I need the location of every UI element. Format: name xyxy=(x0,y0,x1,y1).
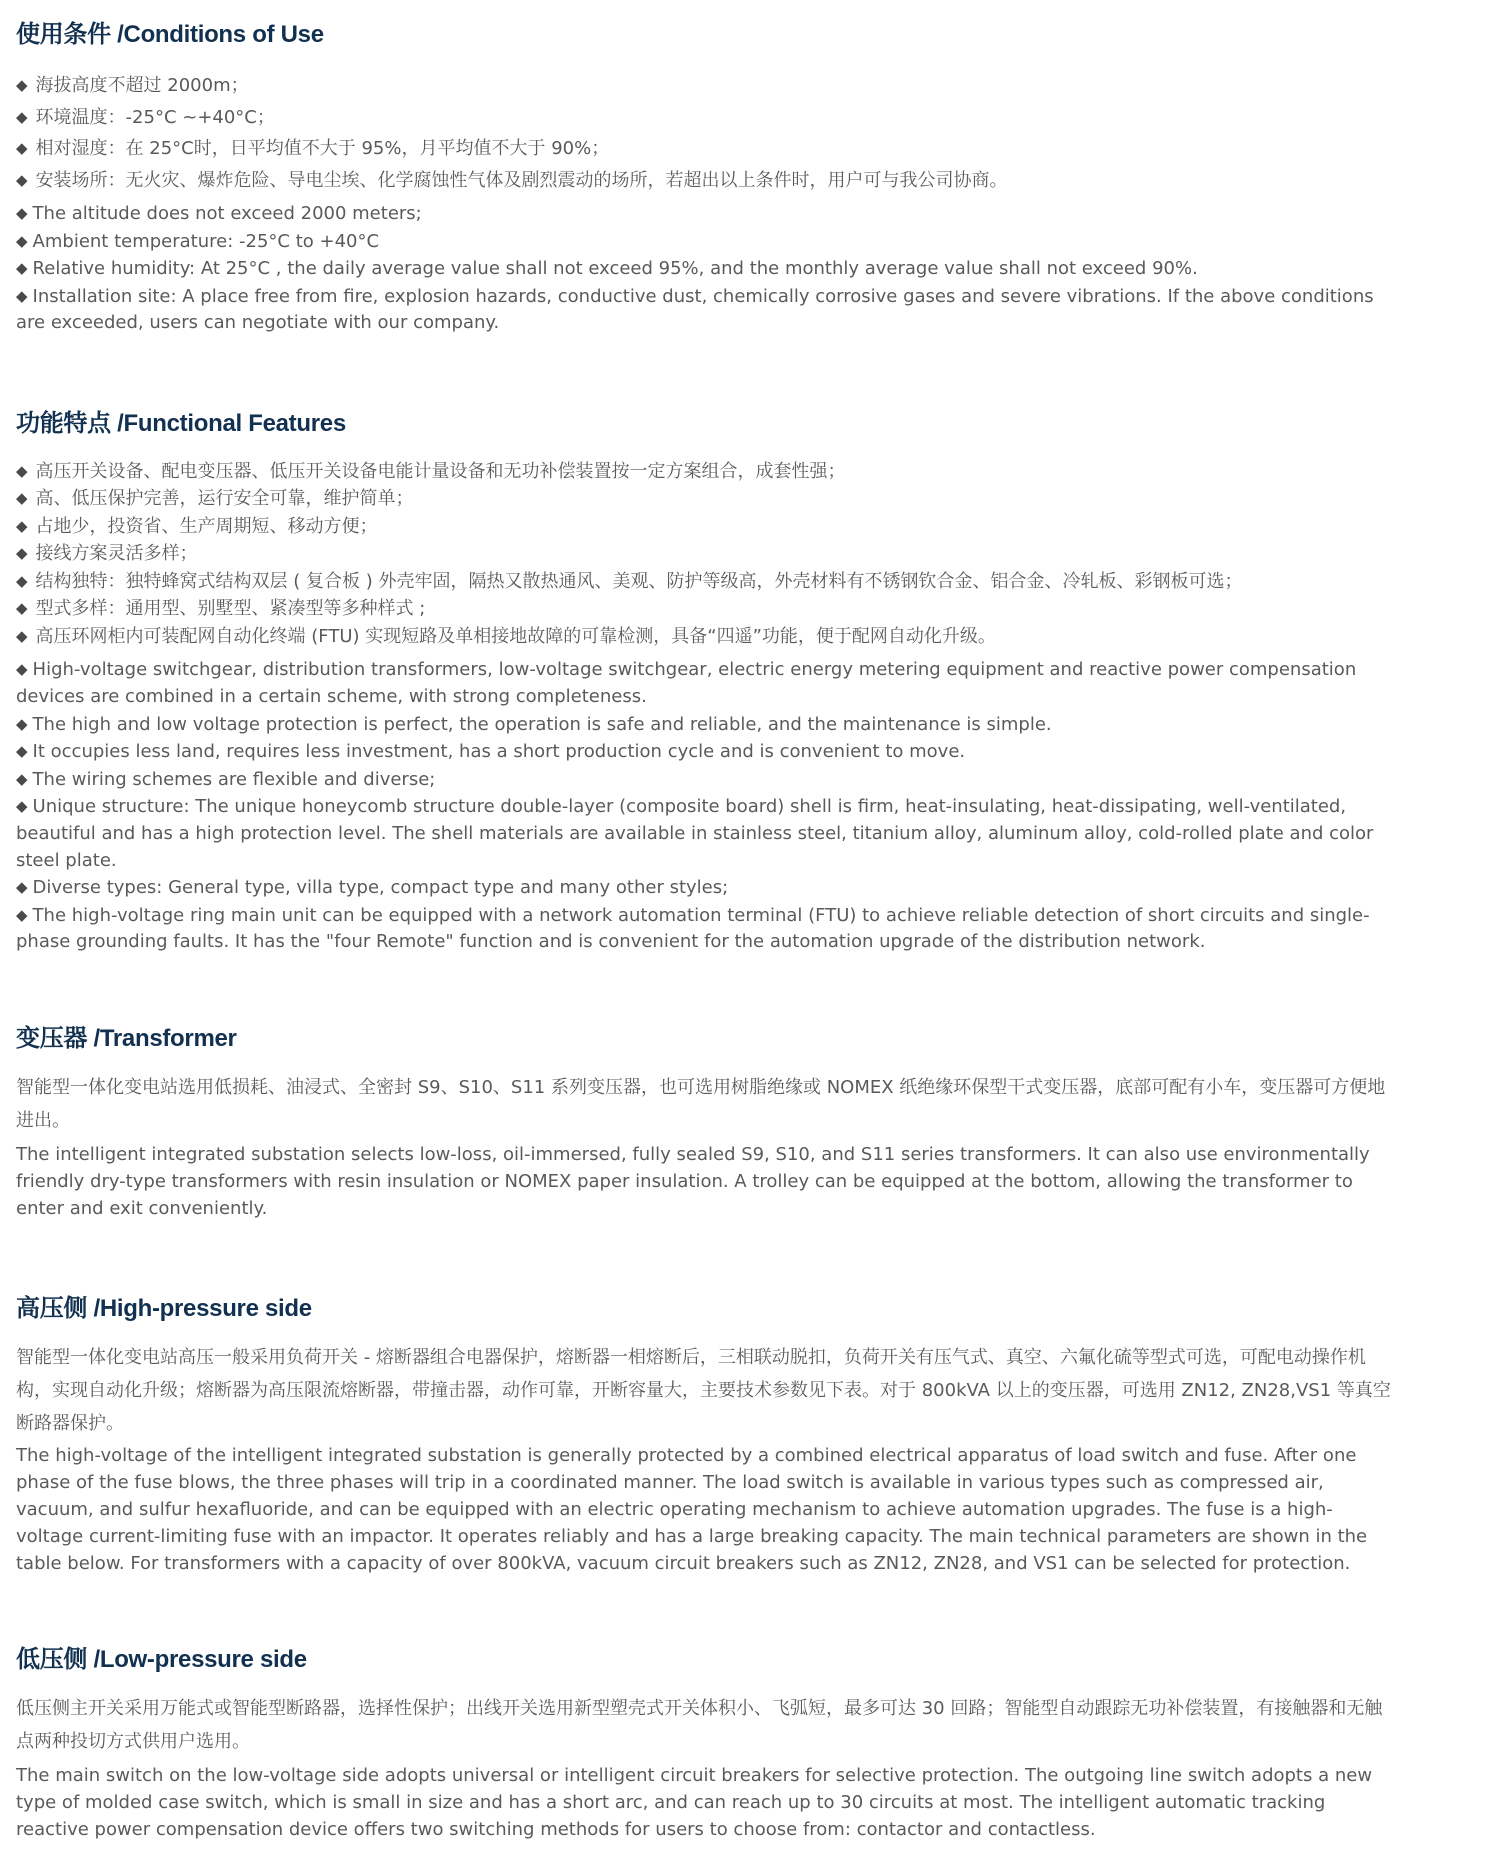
diamond-bullet-icon: ◆ xyxy=(16,133,28,165)
list-item: ◆High-voltage switchgear, distribution t… xyxy=(16,656,1396,710)
diamond-bullet-icon: ◆ xyxy=(16,458,28,485)
section-title: 变压器 /Transformer xyxy=(16,1018,1484,1053)
list-item: ◆海拔高度不超过 2000m； xyxy=(16,70,1396,102)
list-item: ◆Unique structure: The unique honeycomb … xyxy=(16,793,1396,874)
diamond-bullet-icon: ◆ xyxy=(16,595,28,622)
list-item: ◆It occupies less land, requires less in… xyxy=(16,738,1396,766)
high-side-en-text: The high-voltage of the intelligent inte… xyxy=(16,1442,1396,1577)
section-conditions-of-use: 使用条件 /Conditions of Use ◆海拔高度不超过 2000m； … xyxy=(16,0,1484,337)
section-high-pressure-side: 高压侧 /High-pressure side 智能型一体化变电站高压一般采用负… xyxy=(16,1222,1484,1577)
diamond-bullet-icon: ◆ xyxy=(16,283,28,310)
section-functional-features: 功能特点 /Functional Features ◆高压开关设备、配电变压器、… xyxy=(16,337,1484,956)
list-item: ◆结构独特：独特蜂窝式结构双层 ( 复合板 ) 外壳牢固，隔热又散热通风、美观、… xyxy=(16,568,1396,596)
diamond-bullet-icon: ◆ xyxy=(16,70,28,102)
diamond-bullet-icon: ◆ xyxy=(16,902,28,929)
list-item: ◆The high-voltage ring main unit can be … xyxy=(16,902,1396,956)
conditions-cn-list: ◆海拔高度不超过 2000m； ◆环境温度：-25°C ~+40°C； ◆相对湿… xyxy=(16,70,1484,196)
section-low-pressure-side: 低压侧 /Low-pressure side 低压侧主开关采用万能式或智能型断路… xyxy=(16,1577,1484,1843)
diamond-bullet-icon: ◆ xyxy=(16,793,28,820)
section-title: 功能特点 /Functional Features xyxy=(16,403,1484,438)
list-item: ◆The altitude does not exceed 2000 meter… xyxy=(16,200,1396,228)
low-side-en-text: The main switch on the low-voltage side … xyxy=(16,1762,1396,1843)
diamond-bullet-icon: ◆ xyxy=(16,228,28,255)
list-item: ◆Ambient temperature: -25°C to +40°C xyxy=(16,228,1396,256)
diamond-bullet-icon: ◆ xyxy=(16,568,28,595)
low-side-cn-text: 低压侧主开关采用万能式或智能型断路器，选择性保护；出线开关选用新型塑壳式开关体积… xyxy=(16,1692,1396,1758)
high-side-cn-text: 智能型一体化变电站高压一般采用负荷开关 - 熔断器组合电器保护，熔断器一相熔断后… xyxy=(16,1341,1396,1440)
conditions-en-list: ◆The altitude does not exceed 2000 meter… xyxy=(16,200,1484,337)
diamond-bullet-icon: ◆ xyxy=(16,485,28,512)
diamond-bullet-icon: ◆ xyxy=(16,623,28,650)
diamond-bullet-icon: ◆ xyxy=(16,200,28,227)
diamond-bullet-icon: ◆ xyxy=(16,766,28,793)
list-item: ◆The high and low voltage protection is … xyxy=(16,711,1396,739)
section-title: 低压侧 /Low-pressure side xyxy=(16,1639,1484,1674)
list-item: ◆高压开关设备、配电变压器、低压开关设备电能计量设备和无功补偿装置按一定方案组合… xyxy=(16,458,1396,486)
section-title: 高压侧 /High-pressure side xyxy=(16,1288,1484,1323)
list-item: ◆Installation site: A place free from fi… xyxy=(16,283,1396,337)
document-page: 使用条件 /Conditions of Use ◆海拔高度不超过 2000m； … xyxy=(0,0,1500,1843)
list-item: ◆高、低压保护完善，运行安全可靠，维护简单； xyxy=(16,485,1396,513)
diamond-bullet-icon: ◆ xyxy=(16,738,28,765)
diamond-bullet-icon: ◆ xyxy=(16,711,28,738)
diamond-bullet-icon: ◆ xyxy=(16,165,28,197)
diamond-bullet-icon: ◆ xyxy=(16,656,28,683)
list-item: ◆高压环网柜内可装配网自动化终端 (FTU) 实现短路及单相接地故障的可靠检测，… xyxy=(16,623,1396,651)
diamond-bullet-icon: ◆ xyxy=(16,540,28,567)
list-item: ◆Relative humidity: At 25°C , the daily … xyxy=(16,255,1396,283)
features-cn-list: ◆高压开关设备、配电变压器、低压开关设备电能计量设备和无功补偿装置按一定方案组合… xyxy=(16,458,1484,651)
diamond-bullet-icon: ◆ xyxy=(16,102,28,134)
list-item: ◆The wiring schemes are flexible and div… xyxy=(16,766,1396,794)
list-item: ◆相对湿度：在 25°C时，日平均值不大于 95%，月平均值不大于 90%； xyxy=(16,133,1396,165)
diamond-bullet-icon: ◆ xyxy=(16,874,28,901)
list-item: ◆占地少，投资省、生产周期短、移动方便； xyxy=(16,513,1396,541)
section-transformer: 变压器 /Transformer 智能型一体化变电站选用低损耗、油浸式、全密封 … xyxy=(16,956,1484,1222)
list-item: ◆型式多样：通用型、别墅型、紧凑型等多种样式 ; xyxy=(16,595,1396,623)
diamond-bullet-icon: ◆ xyxy=(16,513,28,540)
transformer-cn-text: 智能型一体化变电站选用低损耗、油浸式、全密封 S9、S10、S11 系列变压器，… xyxy=(16,1071,1396,1137)
list-item: ◆安装场所：无火灾、爆炸危险、导电尘埃、化学腐蚀性气体及剧烈震动的场所，若超出以… xyxy=(16,165,1396,197)
diamond-bullet-icon: ◆ xyxy=(16,255,28,282)
list-item: ◆Diverse types: General type, villa type… xyxy=(16,874,1396,902)
transformer-en-text: The intelligent integrated substation se… xyxy=(16,1141,1396,1222)
list-item: ◆环境温度：-25°C ~+40°C； xyxy=(16,102,1396,134)
features-en-list: ◆High-voltage switchgear, distribution t… xyxy=(16,656,1484,956)
list-item: ◆接线方案灵活多样； xyxy=(16,540,1396,568)
section-title: 使用条件 /Conditions of Use xyxy=(16,14,1484,49)
